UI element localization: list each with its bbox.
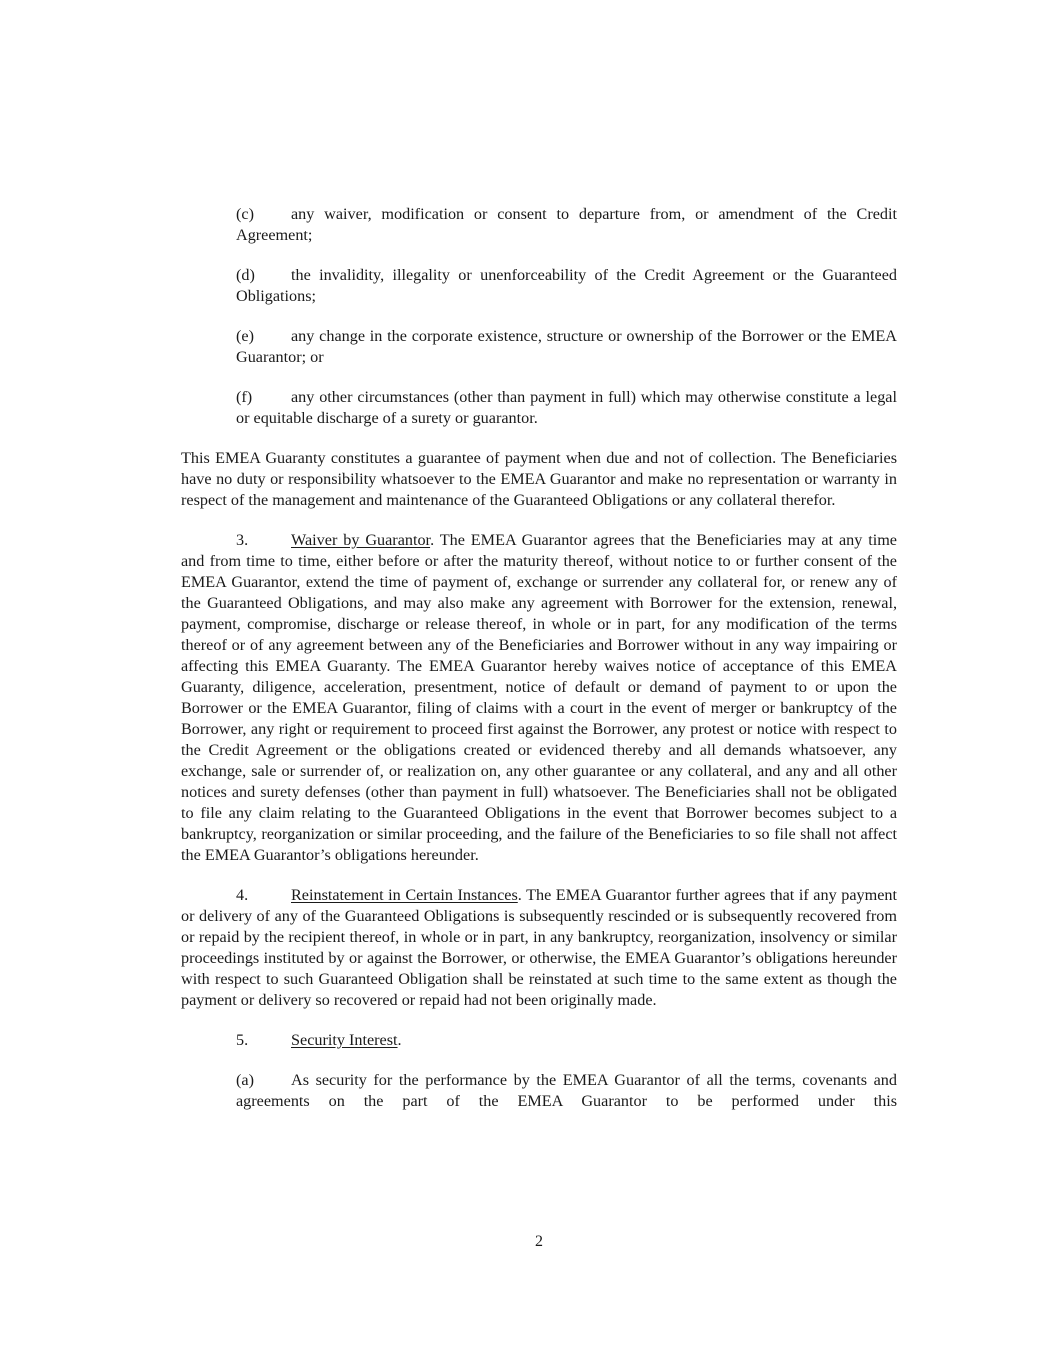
section-number: 4.: [236, 885, 291, 906]
subclause-label: (a): [236, 1070, 291, 1091]
subclause-text: any other circumstances (other than paym…: [236, 388, 897, 427]
section-body: .: [398, 1031, 402, 1049]
subclause-label: (e): [236, 326, 291, 347]
subclause-c: (c)any waiver, modification or consent t…: [236, 204, 897, 246]
subclause-label: (f): [236, 387, 291, 408]
subclause-f: (f)any other circumstances (other than p…: [236, 387, 897, 429]
subclause-text: any waiver, modification or consent to d…: [236, 205, 897, 244]
section-heading: Reinstatement in Certain Instances: [291, 886, 518, 904]
section-heading: Waiver by Guarantor: [291, 531, 430, 549]
subclause-a: (a)As security for the performance by th…: [236, 1070, 897, 1112]
section-4-reinstatement: 4.Reinstatement in Certain Instances. Th…: [181, 885, 897, 1011]
section-number: 3.: [236, 530, 291, 551]
section-body: . The EMEA Guarantor agrees that the Ben…: [181, 531, 897, 864]
guaranty-paragraph: This EMEA Guaranty constitutes a guarant…: [181, 448, 897, 511]
subclause-label: (d): [236, 265, 291, 286]
subclause-d: (d)the invalidity, illegality or unenfor…: [236, 265, 897, 307]
subclause-text: any change in the corporate existence, s…: [236, 327, 897, 366]
subclause-e: (e)any change in the corporate existence…: [236, 326, 897, 368]
section-3-waiver: 3.Waiver by Guarantor. The EMEA Guaranto…: [181, 530, 897, 866]
section-heading: Security Interest: [291, 1031, 398, 1049]
section-number: 5.: [236, 1030, 291, 1051]
subclause-label: (c): [236, 204, 291, 225]
page-number: 2: [0, 1233, 1055, 1251]
subclause-text: As security for the performance by the E…: [236, 1071, 897, 1110]
document-page: (c)any waiver, modification or consent t…: [181, 204, 897, 1131]
subclause-text: the invalidity, illegality or unenforcea…: [236, 266, 897, 305]
section-5-security-interest: 5.Security Interest.: [181, 1030, 897, 1051]
